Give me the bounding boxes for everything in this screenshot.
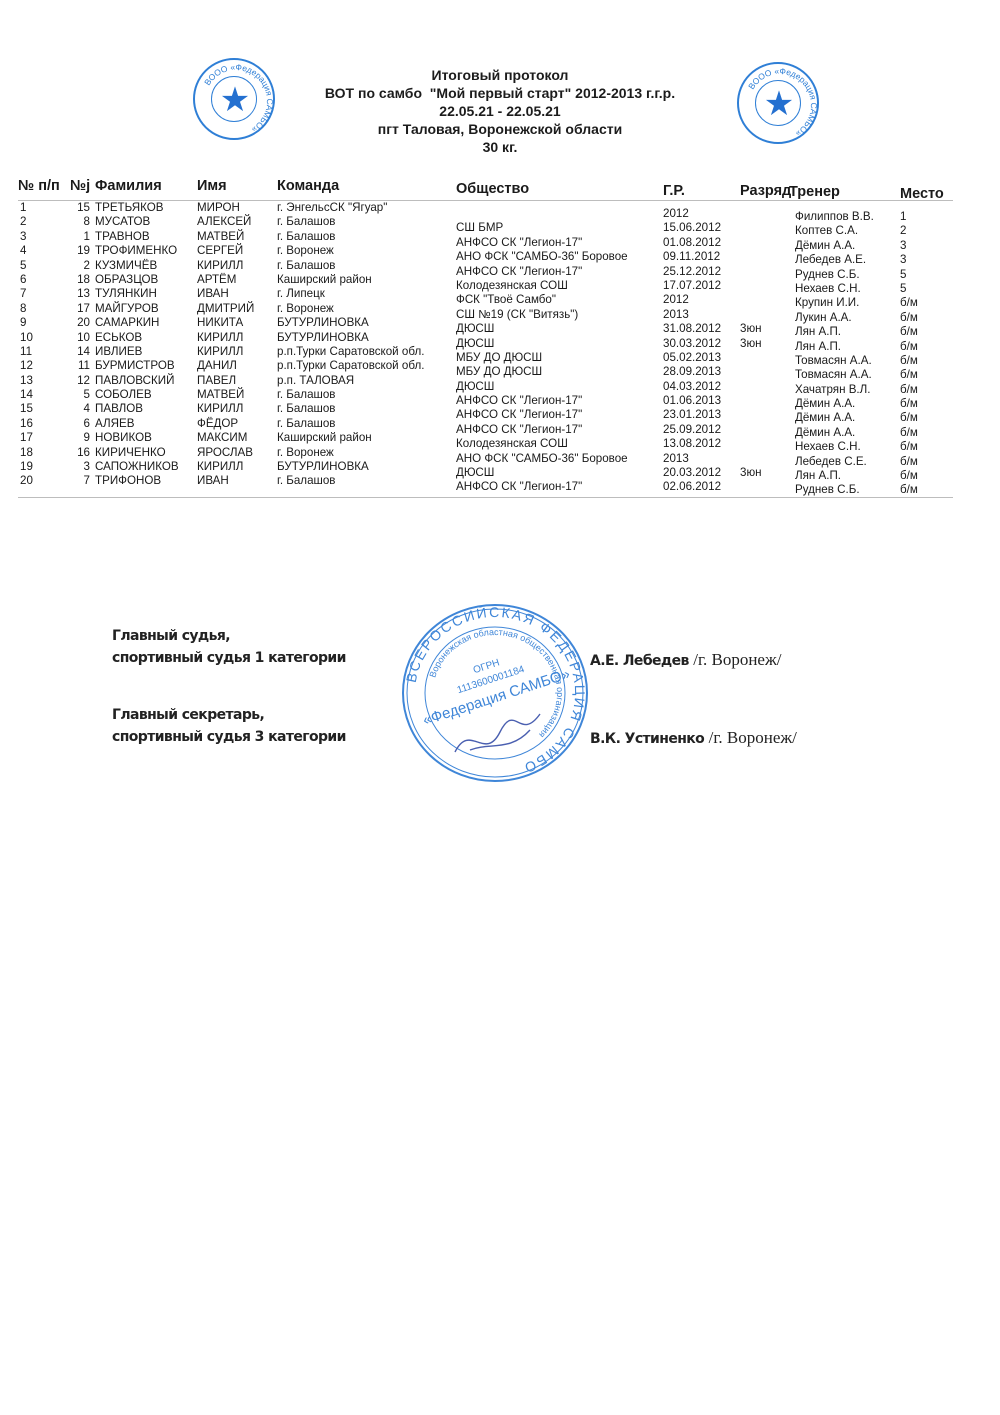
cell-draw-number: 17 [60, 302, 90, 316]
table-header: № п/п №j Фамилия Имя Команда Общество Г.… [18, 178, 953, 201]
cell-first-name: СЕРГЕЙ [197, 244, 243, 258]
cell-team: г. Балашов [277, 474, 335, 488]
protocol-header: Итоговый протокол ВОТ по самбо "Мой перв… [230, 66, 770, 156]
cell-row-number: 3 [20, 230, 26, 244]
cell-first-name: КИРИЛЛ [197, 402, 243, 416]
cell-draw-number: 11 [60, 359, 90, 373]
table-row: 1211БУРМИСТРОВДАНИЛр.п.Турки Саратовской… [18, 359, 953, 373]
cell-row-number: 16 [20, 417, 33, 431]
cell-first-name: ДМИТРИЙ [197, 302, 254, 316]
cell-first-name: МАКСИМ [197, 431, 247, 445]
cell-first-name: ФЁДОР [197, 417, 238, 431]
handwritten-signature [455, 714, 540, 752]
table-body: 115ТРЕТЬЯКОВМИРОНг. ЭнгельсСК "Ягуар"201… [18, 201, 953, 489]
cell-team: Каширский район [277, 431, 372, 445]
cell-row-number: 8 [20, 302, 26, 316]
cell-team: г. Балашов [277, 388, 335, 402]
cell-surname: САМАРКИН [95, 316, 159, 330]
cell-draw-number: 15 [60, 201, 90, 215]
cell-surname: НОВИКОВ [95, 431, 152, 445]
col-coach: Тренер [789, 184, 840, 200]
cell-surname: СОБОЛЕВ [95, 388, 152, 402]
cell-surname: ПАВЛОВСКИЙ [95, 374, 174, 388]
table-row: 179НОВИКОВМАКСИМКаширский районКолодезян… [18, 431, 953, 445]
chief-secretary-signature: В.К. Устиненко /г. Воронеж/ [590, 728, 797, 748]
table-row: 817МАЙГУРОВДМИТРИЙг. ВоронежСШ №19 (СК "… [18, 302, 953, 316]
col-society: Общество [456, 181, 529, 197]
chief-secretary-name: В.К. Устиненко [590, 731, 704, 747]
cell-draw-number: 8 [60, 215, 90, 229]
cell-first-name: ПАВЕЛ [197, 374, 236, 388]
cell-row-number: 2 [20, 215, 26, 229]
table-row: 1114ИВЛИЕВКИРИЛЛр.п.Турки Саратовской об… [18, 345, 953, 359]
cell-draw-number: 4 [60, 402, 90, 416]
cell-surname: ПАВЛОВ [95, 402, 143, 416]
cell-row-number: 10 [20, 331, 33, 345]
chief-judge-city: /г. Воронеж/ [693, 650, 781, 669]
chief-judge-name: А.Е. Лебедев [590, 653, 689, 669]
cell-row-number: 17 [20, 431, 33, 445]
col-surname: Фамилия [95, 178, 162, 194]
cell-team: г. Балашов [277, 259, 335, 273]
cell-coach: Руднев С.Б. [795, 483, 860, 497]
cell-draw-number: 14 [60, 345, 90, 359]
chief-judge-title: Главный судья, спортивный судья 1 катего… [112, 625, 346, 669]
cell-row-number: 5 [20, 259, 26, 273]
cell-surname: МУСАТОВ [95, 215, 150, 229]
table-row: 28МУСАТОВАЛЕКСЕЙг. БалашовСШ БМР15.06.20… [18, 215, 953, 229]
table-row: 154ПАВЛОВКИРИЛЛг. БалашовАНФСО СК "Легио… [18, 402, 953, 416]
cell-team: р.п. ТАЛОВАЯ [277, 374, 354, 388]
cell-surname: ЕСЬКОВ [95, 331, 142, 345]
table-row: 52КУЗМИЧЁВКИРИЛЛг. БалашовАНФСО СК "Леги… [18, 259, 953, 273]
cell-row-number: 20 [20, 474, 33, 488]
cell-first-name: ИВАН [197, 287, 229, 301]
cell-row-number: 9 [20, 316, 26, 330]
cell-surname: КИРИЧЕНКО [95, 446, 166, 460]
cell-first-name: КИРИЛЛ [197, 331, 243, 345]
cell-row-number: 6 [20, 273, 26, 287]
cell-team: г. Воронеж [277, 446, 334, 460]
cell-surname: КУЗМИЧЁВ [95, 259, 157, 273]
table-row: 145СОБОЛЕВМАТВЕЙг. БалашовАНФСО СК "Леги… [18, 388, 953, 402]
cell-draw-number: 9 [60, 431, 90, 445]
col-np: № п/п [18, 178, 60, 194]
cell-draw-number: 5 [60, 388, 90, 402]
cell-row-number: 19 [20, 460, 33, 474]
event-name: ВОТ по самбо "Мой первый старт" 2012-201… [230, 84, 770, 102]
cell-first-name: ЯРОСЛАВ [197, 446, 253, 460]
cell-team: г. Воронеж [277, 302, 334, 316]
cell-surname: ТУЛЯНКИН [95, 287, 157, 301]
cell-team: г. ЭнгельсСК "Ягуар" [277, 201, 387, 215]
cell-draw-number: 19 [60, 244, 90, 258]
cell-row-number: 12 [20, 359, 33, 373]
cell-team: р.п.Турки Саратовской обл. [277, 345, 424, 359]
cell-birth-date: 02.06.2012 [663, 480, 721, 494]
table-row: 207ТРИФОНОВИВАНг. БалашовАНФСО СК "Легио… [18, 474, 953, 488]
cell-row-number: 1 [20, 201, 26, 215]
table-row: 193САПОЖНИКОВКИРИЛЛБУТУРЛИНОВКАДЮСШ20.03… [18, 460, 953, 474]
cell-team: БУТУРЛИНОВКА [277, 331, 369, 345]
cell-draw-number: 7 [60, 474, 90, 488]
cell-row-number: 4 [20, 244, 26, 258]
cell-surname: ТРАВНОВ [95, 230, 150, 244]
cell-surname: АЛЯЕВ [95, 417, 134, 431]
chief-judge-signature: А.Е. Лебедев /г. Воронеж/ [590, 650, 781, 670]
cell-draw-number: 3 [60, 460, 90, 474]
cell-first-name: ИВАН [197, 474, 229, 488]
table-row: 713ТУЛЯНКИНИВАНг. ЛипецкФСК "Твоё Самбо"… [18, 287, 953, 301]
cell-draw-number: 18 [60, 273, 90, 287]
cell-surname: БУРМИСТРОВ [95, 359, 175, 373]
col-team: Команда [277, 178, 339, 194]
col-name: Имя [197, 178, 227, 194]
cell-surname: ТРЕТЬЯКОВ [95, 201, 163, 215]
cell-draw-number: 20 [60, 316, 90, 330]
federation-seal: ВСЕРОССИЙСКАЯ ФЕДЕРАЦИЯ САМБО Воронежска… [400, 602, 590, 784]
cell-surname: МАЙГУРОВ [95, 302, 159, 316]
cell-surname: ИВЛИЕВ [95, 345, 142, 359]
cell-row-number: 11 [20, 345, 32, 359]
cell-row-number: 18 [20, 446, 33, 460]
cell-draw-number: 6 [60, 417, 90, 431]
chief-secretary-city: /г. Воронеж/ [709, 728, 797, 747]
cell-society: АНФСО СК "Легион-17" [456, 480, 582, 494]
cell-team: г. Балашов [277, 402, 335, 416]
cell-team: БУТУРЛИНОВКА [277, 316, 369, 330]
cell-surname: ТРИФОНОВ [95, 474, 161, 488]
cell-surname: САПОЖНИКОВ [95, 460, 179, 474]
cell-first-name: МИРОН [197, 201, 240, 215]
table-row: 920САМАРКИННИКИТАБУТУРЛИНОВКАДЮСШ31.08.2… [18, 316, 953, 330]
cell-first-name: АЛЕКСЕЙ [197, 215, 251, 229]
cell-draw-number: 2 [60, 259, 90, 273]
cell-team: г. Балашов [277, 230, 335, 244]
cell-draw-number: 1 [60, 230, 90, 244]
cell-first-name: КИРИЛЛ [197, 460, 243, 474]
cell-surname: ОБРАЗЦОВ [95, 273, 158, 287]
cell-first-name: ДАНИЛ [197, 359, 237, 373]
cell-first-name: КИРИЛЛ [197, 345, 243, 359]
table-row: 1010ЕСЬКОВКИРИЛЛБУТУРЛИНОВКАДЮСШ30.03.20… [18, 331, 953, 345]
chief-secretary-title: Главный секретарь, спортивный судья 3 ка… [112, 704, 346, 748]
cell-team: Каширский район [277, 273, 372, 287]
cell-place: б/м [900, 483, 918, 497]
cell-team: г. Липецк [277, 287, 325, 301]
cell-first-name: НИКИТА [197, 316, 243, 330]
cell-row-number: 15 [20, 402, 33, 416]
cell-draw-number: 16 [60, 446, 90, 460]
cell-surname: ТРОФИМЕНКО [95, 244, 177, 258]
weight-class: 30 кг. [230, 138, 770, 156]
cell-first-name: АРТЁМ [197, 273, 236, 287]
table-row: 1312ПАВЛОВСКИЙПАВЕЛр.п. ТАЛОВАЯДЮСШ04.03… [18, 374, 953, 388]
cell-row-number: 14 [20, 388, 33, 402]
cell-team: р.п.Турки Саратовской обл. [277, 359, 424, 373]
table-row: 1816КИРИЧЕНКОЯРОСЛАВг. ВоронежАНО ФСК "С… [18, 446, 953, 460]
table-row: 115ТРЕТЬЯКОВМИРОНг. ЭнгельсСК "Ягуар"201… [18, 201, 953, 215]
cell-draw-number: 13 [60, 287, 90, 301]
table-row: 419ТРОФИМЕНКОСЕРГЕЙг. ВоронежАНО ФСК "СА… [18, 244, 953, 258]
table-row: 166АЛЯЕВФЁДОРг. БалашовАНФСО СК "Легион-… [18, 417, 953, 431]
cell-team: г. Балашов [277, 215, 335, 229]
cell-team: БУТУРЛИНОВКА [277, 460, 369, 474]
col-place: Место [900, 186, 944, 202]
table-row: 618ОБРАЗЦОВАРТЁМКаширский районКолодезян… [18, 273, 953, 287]
results-table: № п/п №j Фамилия Имя Команда Общество Г.… [18, 178, 953, 498]
cell-first-name: МАТВЕЙ [197, 388, 244, 402]
table-row: 31ТРАВНОВМАТВЕЙг. БалашовАНФСО СК "Легио… [18, 230, 953, 244]
cell-row-number: 13 [20, 374, 33, 388]
cell-first-name: КИРИЛЛ [197, 259, 243, 273]
col-birth: Г.Р. [663, 183, 685, 199]
cell-draw-number: 10 [60, 331, 90, 345]
cell-team: г. Воронеж [277, 244, 334, 258]
col-rank: Разряд [740, 183, 791, 199]
cell-first-name: МАТВЕЙ [197, 230, 244, 244]
cell-draw-number: 12 [60, 374, 90, 388]
cell-team: г. Балашов [277, 417, 335, 431]
protocol-title: Итоговый протокол [230, 66, 770, 84]
event-location: пгт Таловая, Воронежской области [230, 120, 770, 138]
event-dates: 22.05.21 - 22.05.21 [230, 102, 770, 120]
cell-row-number: 7 [20, 287, 26, 301]
col-no: №j [70, 178, 90, 194]
